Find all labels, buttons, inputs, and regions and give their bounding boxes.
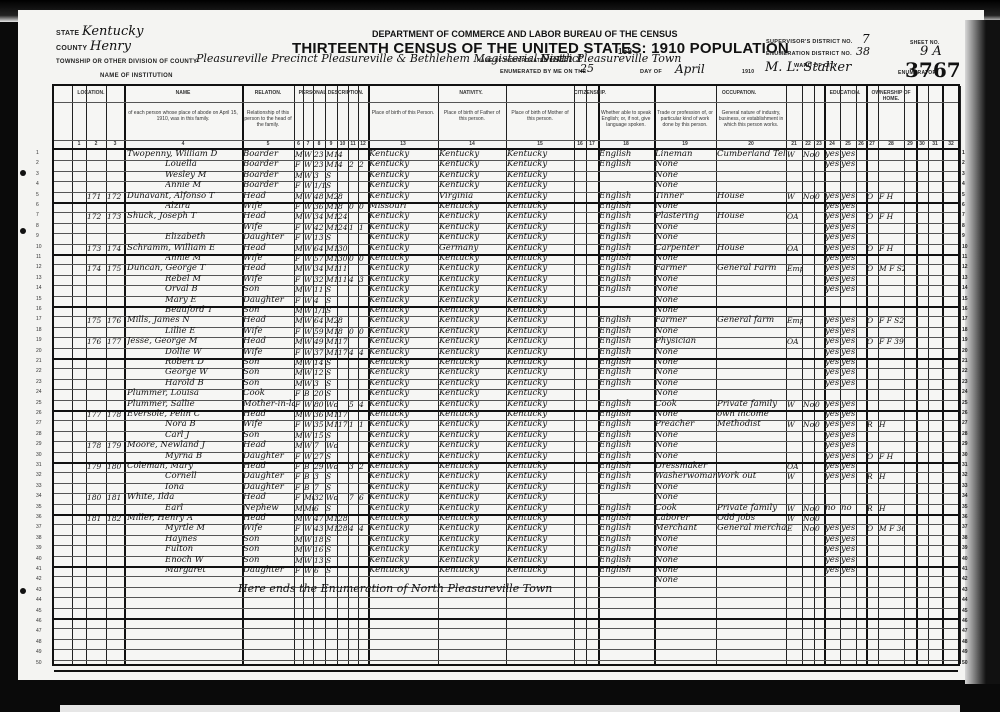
cell-race: W (304, 326, 314, 337)
line-number: 22 (36, 368, 42, 374)
cell-age: 6 (314, 565, 326, 576)
cell-father-birth: Kentucky (439, 170, 507, 181)
enumeration-district-label: ENUMERATION DISTRICT NO. (766, 51, 852, 57)
cell-trade: None (655, 430, 717, 441)
cell-father-birth: Kentucky (439, 274, 507, 285)
cell-read: yes (825, 347, 841, 358)
cell-trade: None (655, 534, 717, 545)
line-number: 41 (36, 566, 42, 572)
cell-language: English (599, 471, 655, 482)
cell-marital: M1 (326, 222, 338, 233)
cell-father-birth: Kentucky (439, 347, 507, 358)
cell-name: Shuck, Joseph T (127, 211, 243, 222)
cell-relation: Nephew (243, 503, 295, 514)
column-number: 14 (438, 141, 506, 147)
cell-sex: M (295, 378, 304, 389)
cell-read: yes (825, 263, 841, 274)
cell-birth: Kentucky (369, 180, 439, 191)
line-number: 50 (962, 660, 968, 666)
cell-age: 13 (314, 555, 326, 566)
cell-trade: None (655, 451, 717, 462)
cell-family: 179 (107, 440, 125, 451)
cell-read: yes (825, 534, 841, 545)
cell-weeks: 0 (815, 513, 825, 524)
cell-sex: F (295, 492, 304, 503)
cell-name: Dunavant, Alfonso T (127, 191, 243, 202)
cell-write: yes (841, 201, 857, 212)
cell-read: yes (825, 149, 841, 160)
cell-name: Fulton (165, 544, 243, 555)
cell-name: Duncan, George T (127, 263, 243, 274)
cell-language: English (599, 451, 655, 462)
cell-relation: Son (243, 534, 295, 545)
cell-age: 3 (314, 170, 326, 181)
cell-read: yes (825, 440, 841, 451)
cell-birth: Kentucky (369, 253, 439, 264)
row-rule (54, 649, 958, 650)
cell-age: 57 (314, 253, 326, 264)
cell-trade: Preacher (655, 419, 717, 430)
line-number: 15 (36, 296, 42, 302)
cell-race: W (304, 253, 314, 264)
cell-father-birth: Kentucky (439, 211, 507, 222)
cell-relation: Head (243, 492, 295, 503)
cell-age: 43 (314, 523, 326, 534)
cell-age: 23 (314, 159, 326, 170)
cell-years-married: 24 (338, 211, 349, 222)
cell-dwelling: 181 (87, 513, 105, 524)
cell-age: 6 (314, 503, 326, 514)
cell-relation: Son (243, 555, 295, 566)
line-number: 26 (962, 410, 968, 416)
cell-out-of-work: No (803, 149, 815, 160)
cell-years-married: 17 (338, 409, 349, 420)
row-rule (54, 608, 958, 609)
row-rule (54, 639, 958, 640)
cell-father-birth: Kentucky (439, 513, 507, 524)
cell-marital: M1 (326, 201, 338, 212)
cell-sex: M (295, 555, 304, 566)
cell-birth: Kentucky (369, 534, 439, 545)
cell-marital: Wd (326, 399, 338, 410)
cell-dwelling: 179 (87, 461, 105, 472)
cell-trade: None (655, 201, 717, 212)
cell-name: Coleman, Mary (127, 461, 243, 472)
cell-family: 172 (107, 191, 125, 202)
cell-write: yes (841, 534, 857, 545)
line-number: 27 (962, 420, 968, 426)
cell-race: W (304, 347, 314, 358)
cell-mother-birth: Kentucky (507, 274, 575, 285)
cell-race: B (304, 482, 314, 493)
cell-race: B (304, 388, 314, 399)
line-number: 43 (962, 587, 968, 593)
cell-marital: Wd (326, 461, 338, 472)
cell-relation: Head (243, 336, 295, 347)
line-number: 33 (36, 483, 42, 489)
cell-write: yes (841, 357, 857, 368)
cell-trade: Lineman (655, 149, 717, 160)
cell-age: 12 (314, 367, 326, 378)
cell-race: W (304, 274, 314, 285)
table-row: Beauford TSonMW1/12SKentuckyKentuckyKent… (54, 305, 958, 315)
cell-read: yes (825, 326, 841, 337)
line-number: 24 (36, 389, 42, 395)
cell-marital: M1 (326, 409, 338, 420)
cell-trade: None (655, 492, 717, 503)
line-number: 18 (962, 327, 968, 333)
cell-sex: M (295, 440, 304, 451)
cell-father-birth: Kentucky (439, 399, 507, 410)
cell-read: yes (825, 274, 841, 285)
cell-race: W (304, 430, 314, 441)
line-number: 16 (962, 306, 968, 312)
line-number: 34 (962, 493, 968, 499)
cell-relation: Cook (243, 388, 295, 399)
cell-age: 49 (314, 336, 326, 347)
line-number: 3 (962, 171, 965, 177)
column-header-language: Whether able to speak English; or, if no… (600, 110, 652, 128)
cell-marital: M1 (326, 211, 338, 222)
cell-years-married: 8 (338, 191, 349, 202)
cell-children-born: 2 (349, 159, 359, 170)
line-number: 26 (36, 410, 42, 416)
table-row: WifeFW42M12411KentuckyKentuckyKentuckyEn… (54, 222, 958, 232)
cell-marital: S (326, 305, 338, 316)
cell-children-living: 0 (359, 201, 369, 212)
cell-mother-birth: Kentucky (507, 523, 575, 534)
cell-name: Cornell (165, 471, 243, 482)
cell-trade: None (655, 409, 717, 420)
cell-relation: Mother-in-law (243, 399, 295, 410)
cell-children-living: 0 (359, 253, 369, 264)
cell-father-birth: Kentucky (439, 534, 507, 545)
cell-sex: M (295, 284, 304, 295)
enumeration-month: April (675, 62, 705, 76)
cell-mother-birth: Kentucky (507, 544, 575, 555)
cell-father-birth: Kentucky (439, 305, 507, 316)
cell-mother-birth: Kentucky (507, 191, 575, 202)
cell-father-birth: Kentucky (439, 180, 507, 191)
cell-mother-birth: Kentucky (507, 232, 575, 243)
line-number: 30 (36, 452, 42, 458)
cell-children-living: 4 (359, 399, 369, 410)
column-group-heading: LOCATION. (58, 90, 124, 96)
cell-name: Annie M (165, 253, 243, 264)
cell-family: 174 (107, 243, 125, 254)
cell-birth: Kentucky (369, 211, 439, 222)
cell-write: yes (841, 471, 857, 482)
cell-mother-birth: Kentucky (507, 263, 575, 274)
column-group-heading: OCCUPATION. (654, 90, 824, 96)
cell-father-birth: Kentucky (439, 492, 507, 503)
line-number: 39 (36, 545, 42, 551)
line-number: 14 (36, 285, 42, 291)
column-number: 30 (916, 141, 928, 147)
cell-years-married: 11 (338, 263, 349, 274)
cell-name: Mills, James N (127, 315, 243, 326)
cell-birth: Kentucky (369, 430, 439, 441)
cell-language: English (599, 149, 655, 160)
cell-write: yes (841, 159, 857, 170)
cell-relation: Son (243, 357, 295, 368)
column-header-trade: Trade or profession of, or particular ki… (656, 110, 714, 128)
cell-children-living: 4 (359, 523, 369, 534)
cell-father-birth: Kentucky (439, 201, 507, 212)
line-number: 7 (962, 212, 965, 218)
cell-father-birth: Kentucky (439, 326, 507, 337)
line-number: 47 (36, 628, 42, 634)
cell-age: 29 (314, 461, 326, 472)
cell-mother-birth: Kentucky (507, 399, 575, 410)
line-number: 49 (962, 649, 968, 655)
cell-race: W (304, 440, 314, 451)
line-number: 29 (36, 441, 42, 447)
cell-read: yes (825, 222, 841, 233)
cell-write: yes (841, 367, 857, 378)
cell-family: 176 (107, 315, 125, 326)
line-number: 9 (36, 233, 39, 239)
cell-birth: Kentucky (369, 388, 439, 399)
cell-age: 11 (314, 284, 326, 295)
cell-relation: Head (243, 315, 295, 326)
cell-age: 1/12 (314, 180, 326, 191)
punch-hole (20, 228, 26, 234)
table-row: AlziraWifeFW36M1800MissouriKentuckyKentu… (54, 201, 958, 211)
cell-name: Margaret (165, 565, 243, 576)
cell-mother-birth: Kentucky (507, 149, 575, 160)
cell-owned: F H (879, 243, 905, 254)
sheet-value: 9 A (920, 44, 942, 59)
cell-dwelling: 176 (87, 336, 105, 347)
cell-name: Earl (165, 503, 243, 514)
line-number: 28 (36, 431, 42, 437)
cell-sex: M (295, 430, 304, 441)
cell-birth: Kentucky (369, 523, 439, 534)
cell-read: yes (825, 232, 841, 243)
column-group-heading: NAME (124, 90, 242, 96)
cell-write: no (841, 503, 857, 514)
cell-trade: None (655, 347, 717, 358)
cell-race: W (304, 534, 314, 545)
cell-mother-birth: Kentucky (507, 180, 575, 191)
cell-language: English (599, 482, 655, 493)
cell-mother-birth: Kentucky (507, 492, 575, 503)
row-rule (54, 660, 958, 661)
cell-race: W (304, 357, 314, 368)
line-number: 6 (36, 202, 39, 208)
line-number: 43 (36, 587, 42, 593)
cell-marital: S (326, 482, 338, 493)
line-number: 45 (962, 608, 968, 614)
cell-children-born: 5 (349, 399, 359, 410)
cell-birth: Kentucky (369, 149, 439, 160)
cell-mother-birth: Kentucky (507, 440, 575, 451)
line-number: 4 (962, 181, 965, 187)
cell-out-of-work: No (803, 503, 815, 514)
cell-age: 36 (314, 409, 326, 420)
cell-children-living: 0 (359, 326, 369, 337)
cell-birth: Kentucky (369, 492, 439, 503)
line-number: 9 (962, 233, 965, 239)
cell-race: W (304, 232, 314, 243)
cell-trade: None (655, 565, 717, 576)
cell-write: yes (841, 430, 857, 441)
column-header-name: of each person whose place of abode on A… (126, 110, 240, 122)
cell-relation: Son (243, 544, 295, 555)
table-row: EarlNephewMMu6SKentuckyKentuckyKentuckyE… (54, 503, 958, 513)
cell-write: yes (841, 315, 857, 326)
cell-language: English (599, 243, 655, 254)
cell-mother-birth: Kentucky (507, 534, 575, 545)
cell-father-birth: Kentucky (439, 336, 507, 347)
cell-race: W (304, 378, 314, 389)
cell-age: 42 (314, 222, 326, 233)
cell-weeks: 0 (815, 419, 825, 430)
table-row: LouellaBoarderFW23M1422KentuckyKentuckyK… (54, 159, 958, 169)
cell-industry: General merchandise (717, 523, 787, 534)
table-row: MargaretDaughterFW6SKentuckyKentuckyKent… (54, 565, 958, 575)
row-rule (54, 628, 958, 629)
row-rule (54, 597, 958, 598)
cell-sex: F (295, 523, 304, 534)
cell-language: English (599, 440, 655, 451)
line-number: 46 (962, 618, 968, 624)
column-number: 20 (716, 141, 786, 147)
column-number: 2 (86, 141, 106, 147)
cell-race: W (304, 513, 314, 524)
column-number: 3 (106, 141, 124, 147)
cell-father-birth: Kentucky (439, 149, 507, 160)
cell-race: Mu (304, 492, 314, 503)
cell-home: R (867, 503, 879, 514)
cell-years-married: 17 (338, 336, 349, 347)
column-group-heading: EDUCATION. (824, 90, 866, 96)
cell-write: yes (841, 440, 857, 451)
incorporated-place-value: North Pleasureville Town (540, 52, 681, 65)
cell-race: W (304, 565, 314, 576)
cell-home: O (867, 315, 879, 326)
cell-trade: Washerwoman (655, 471, 717, 482)
cell-write: yes (841, 523, 857, 534)
column-divider (960, 86, 961, 664)
cell-language: English (599, 523, 655, 534)
cell-industry: House (717, 191, 787, 202)
cell-read: yes (825, 284, 841, 295)
cell-write: yes (841, 284, 857, 295)
enumerated-label: ENUMERATED BY ME ON THE (500, 69, 586, 75)
cell-write: yes (841, 326, 857, 337)
column-number: 22 (802, 141, 814, 147)
cell-mother-birth: Kentucky (507, 336, 575, 347)
cell-sex: M (295, 263, 304, 274)
cell-race: W (304, 211, 314, 222)
cell-trade: None (655, 440, 717, 451)
cell-read: yes (825, 159, 841, 170)
cell-relation: Daughter (243, 295, 295, 306)
cell-write: yes (841, 378, 857, 389)
cell-mother-birth: Kentucky (507, 378, 575, 389)
cell-age: 32 (314, 274, 326, 285)
cell-mother-birth: Kentucky (507, 461, 575, 472)
cell-birth: Kentucky (369, 555, 439, 566)
cell-name: Orval B (165, 284, 243, 295)
line-number: 25 (36, 400, 42, 406)
cell-write: yes (841, 263, 857, 274)
institution-label: NAME OF INSTITUTION (100, 73, 173, 79)
column-number: 18 (598, 141, 654, 147)
line-number: 14 (962, 285, 968, 291)
cell-years-married: 17 (338, 347, 349, 358)
cell-marital: M1 (326, 263, 338, 274)
cell-language: English (599, 513, 655, 524)
cell-relation: Head (243, 211, 295, 222)
cell-language: English (599, 430, 655, 441)
cell-mother-birth: Kentucky (507, 243, 575, 254)
cell-out-of-work: No (803, 191, 815, 202)
line-number: 32 (962, 472, 968, 478)
cell-mother-birth: Kentucky (507, 503, 575, 514)
cell-sex: F (295, 159, 304, 170)
cell-sex: M (295, 149, 304, 160)
cell-race: W (304, 409, 314, 420)
cell-sex: F (295, 232, 304, 243)
cell-name: Wesley M (165, 170, 243, 181)
cell-age: 14 (314, 357, 326, 368)
cell-class: OA (787, 243, 803, 254)
cell-sex: M (295, 315, 304, 326)
line-number: 23 (962, 379, 968, 385)
cell-language: English (599, 534, 655, 545)
cell-marital: S (326, 357, 338, 368)
cell-sex: F (295, 274, 304, 285)
cell-language: English (599, 284, 655, 295)
cell-language: English (599, 253, 655, 264)
cell-marital: S (326, 295, 338, 306)
cell-father-birth: Kentucky (439, 555, 507, 566)
cell-relation: Head (243, 243, 295, 254)
cell-marital: S (326, 565, 338, 576)
table-row: Enoch WSonMW13SKentuckyKentuckyKentuckyE… (54, 555, 958, 565)
cell-trade: None (655, 378, 717, 389)
cell-write: yes (841, 274, 857, 285)
cell-age: 59 (314, 326, 326, 337)
cell-mother-birth: Kentucky (507, 357, 575, 368)
cell-family: 177 (107, 336, 125, 347)
cell-race: W (304, 180, 314, 191)
cell-birth: Kentucky (369, 367, 439, 378)
table-row: Lillie EWifeFW59M1800KentuckyKentuckyKen… (54, 326, 958, 336)
cell-father-birth: Kentucky (439, 263, 507, 274)
cell-sex: F (295, 451, 304, 462)
cell-class: OA (787, 461, 803, 472)
line-number: 12 (962, 264, 968, 270)
cell-marital: M1 (326, 149, 338, 160)
cell-relation: Daughter (243, 232, 295, 243)
table-row: ElizabethDaughterFW13SKentuckyKentuckyKe… (54, 232, 958, 242)
cell-relation: Boarder (243, 170, 295, 181)
cell-mother-birth: Kentucky (507, 315, 575, 326)
cell-father-birth: Kentucky (439, 565, 507, 576)
cell-sex: F (295, 419, 304, 430)
cell-family: 182 (107, 513, 125, 524)
county-label: COUNTY (56, 45, 87, 52)
cell-name: Haynes (165, 534, 243, 545)
table-row: Twopenny, William DBoarderMW23M14Kentuck… (54, 149, 958, 159)
cell-trade: None (655, 180, 717, 191)
column-number: 16 (574, 141, 586, 147)
cell-write: yes (841, 399, 857, 410)
